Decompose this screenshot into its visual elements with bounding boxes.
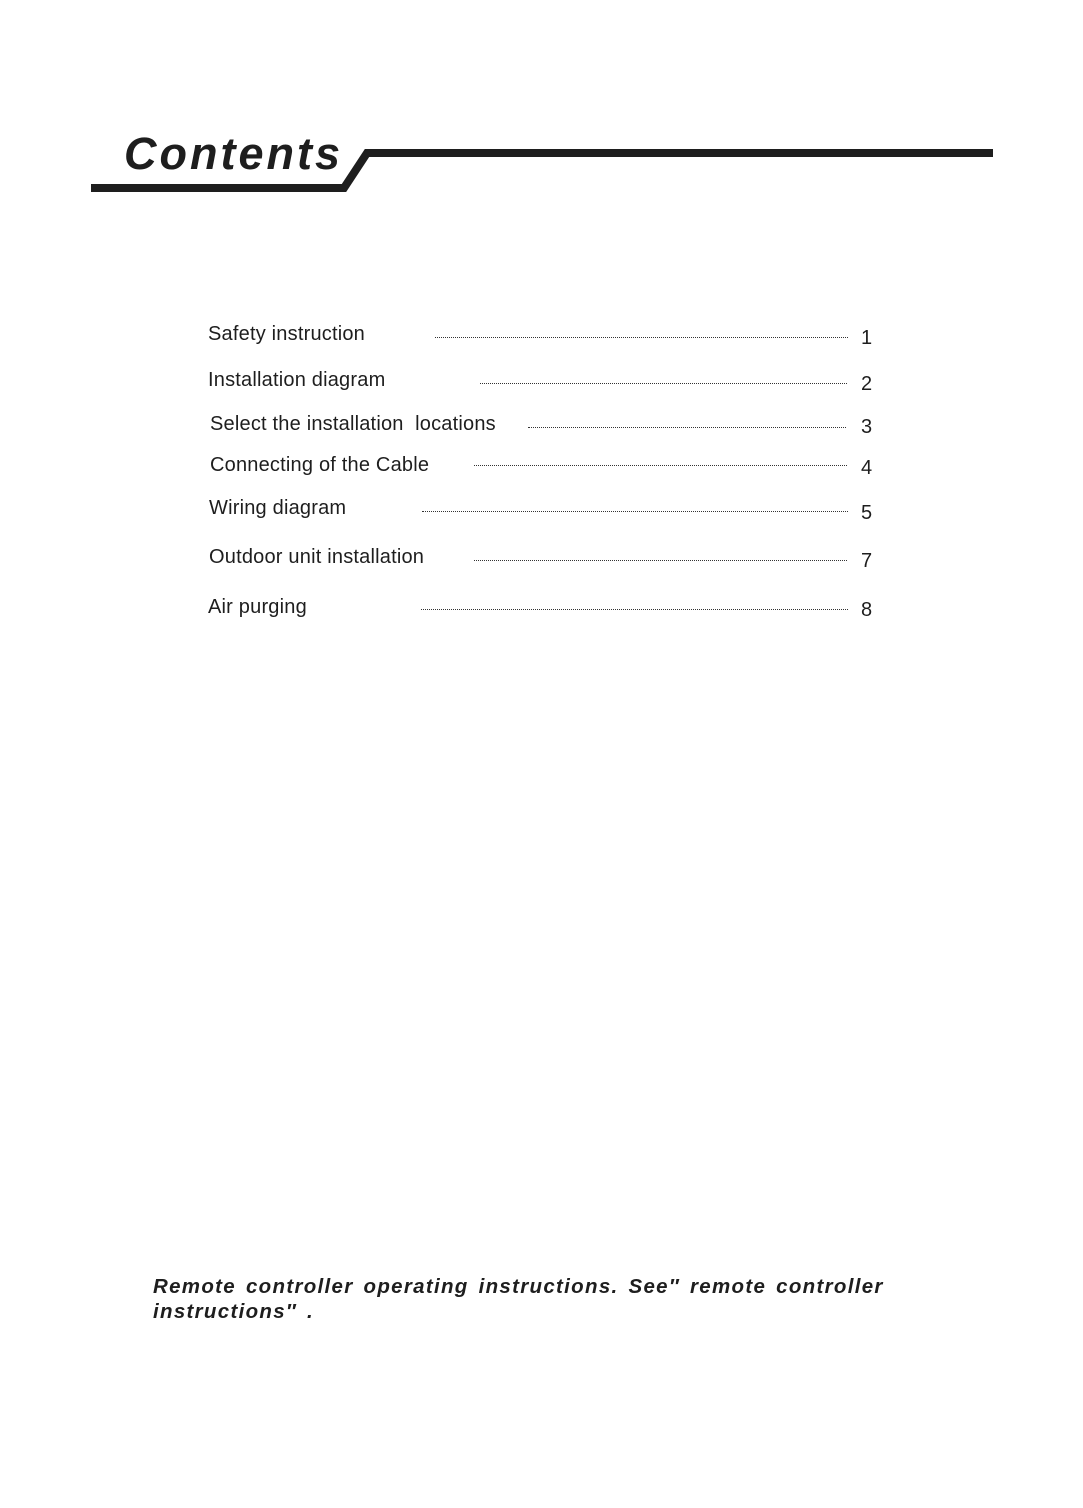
toc-entry-label: Installation diagram: [208, 370, 385, 390]
toc-leader-dots: [474, 560, 847, 561]
header-rule-decoration: [0, 0, 1083, 220]
toc-leader-dots: [421, 609, 848, 610]
toc-entry-page: 8: [861, 600, 872, 620]
toc-entry-label: Safety instruction: [208, 324, 365, 344]
toc-entry[interactable]: Safety instruction 1: [0, 322, 1083, 352]
toc-entry-label: Air purging: [208, 597, 307, 617]
toc-entry-page: 1: [861, 328, 872, 348]
toc-entry[interactable]: Wiring diagram 5: [0, 496, 1083, 526]
toc-entry[interactable]: Connecting of the Cable 4: [0, 453, 1083, 483]
toc-leader-dots: [422, 511, 848, 512]
toc-entry[interactable]: Installation diagram 2: [0, 368, 1083, 398]
toc-leader-dots: [435, 337, 848, 338]
toc-entry[interactable]: Select the installation locations 3: [0, 412, 1083, 442]
toc-entry-page: 3: [861, 417, 872, 437]
toc-entry-label: Connecting of the Cable: [210, 455, 429, 475]
toc-leader-dots: [474, 465, 847, 466]
toc-entry[interactable]: Air purging 8: [0, 596, 1083, 626]
toc-entry-page: 5: [861, 503, 872, 523]
contents-header: Contents: [0, 0, 1083, 220]
toc-entry-label: Select the installation locations: [210, 414, 496, 434]
toc-entry-page: 4: [861, 458, 872, 478]
toc-entry-page: 2: [861, 374, 872, 394]
toc-leader-dots: [480, 383, 847, 384]
toc-entry-label: Outdoor unit installation: [209, 547, 424, 567]
page-title: Contents: [124, 131, 343, 176]
toc-entry-label: Wiring diagram: [209, 498, 346, 518]
remote-controller-note: Remote controller operating instructions…: [153, 1274, 943, 1324]
toc-leader-dots: [528, 427, 846, 428]
toc-entry-page: 7: [861, 551, 872, 571]
toc-entry[interactable]: Outdoor unit installation 7: [0, 546, 1083, 576]
